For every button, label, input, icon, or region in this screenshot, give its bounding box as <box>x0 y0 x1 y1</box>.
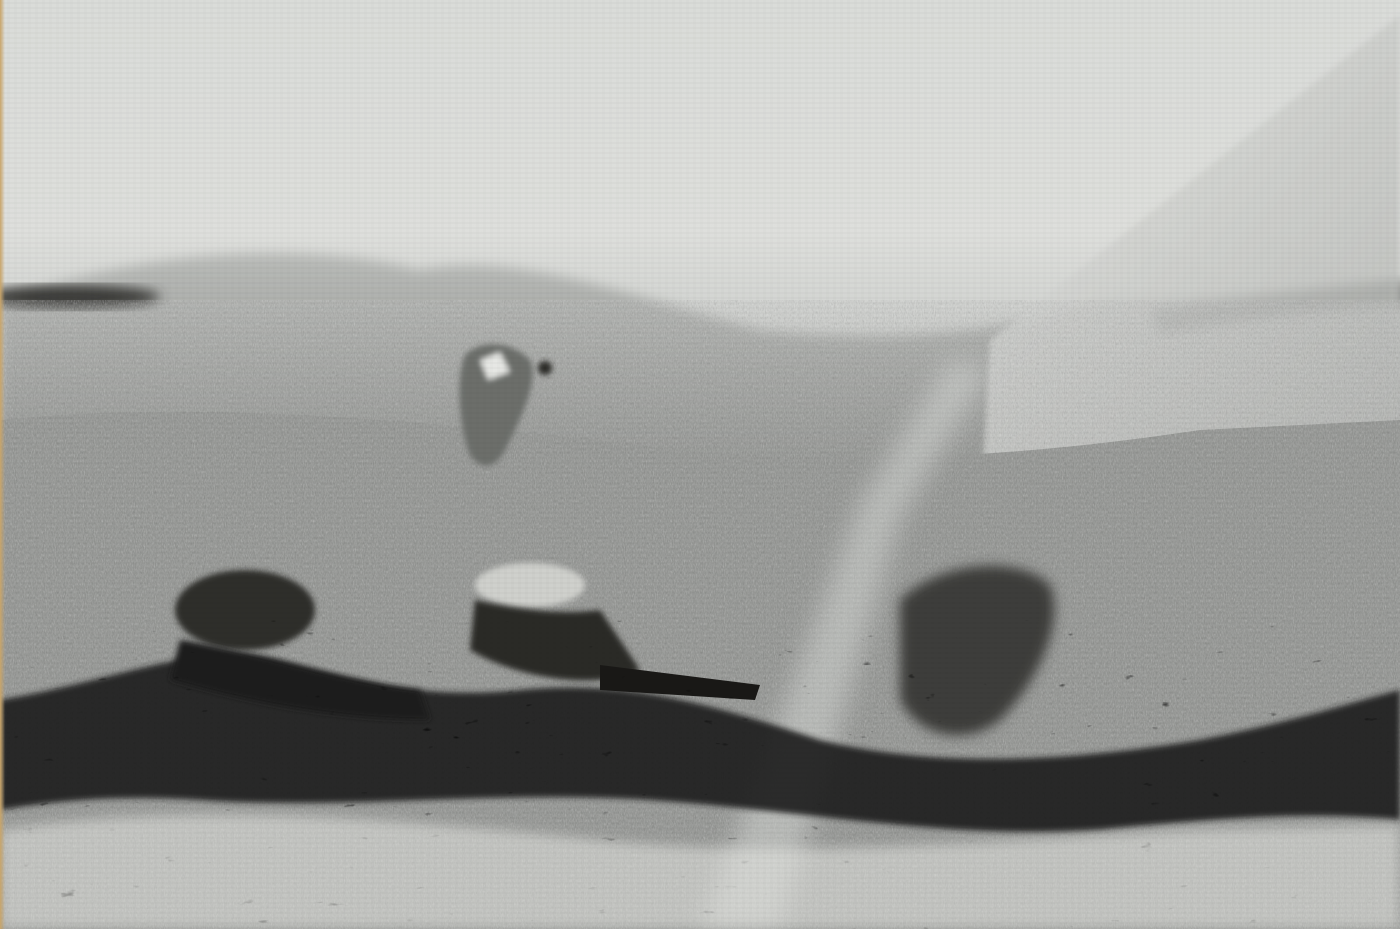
film-grain <box>0 0 1400 929</box>
photo-edge-strip <box>0 0 5 929</box>
photograph <box>0 0 1400 929</box>
